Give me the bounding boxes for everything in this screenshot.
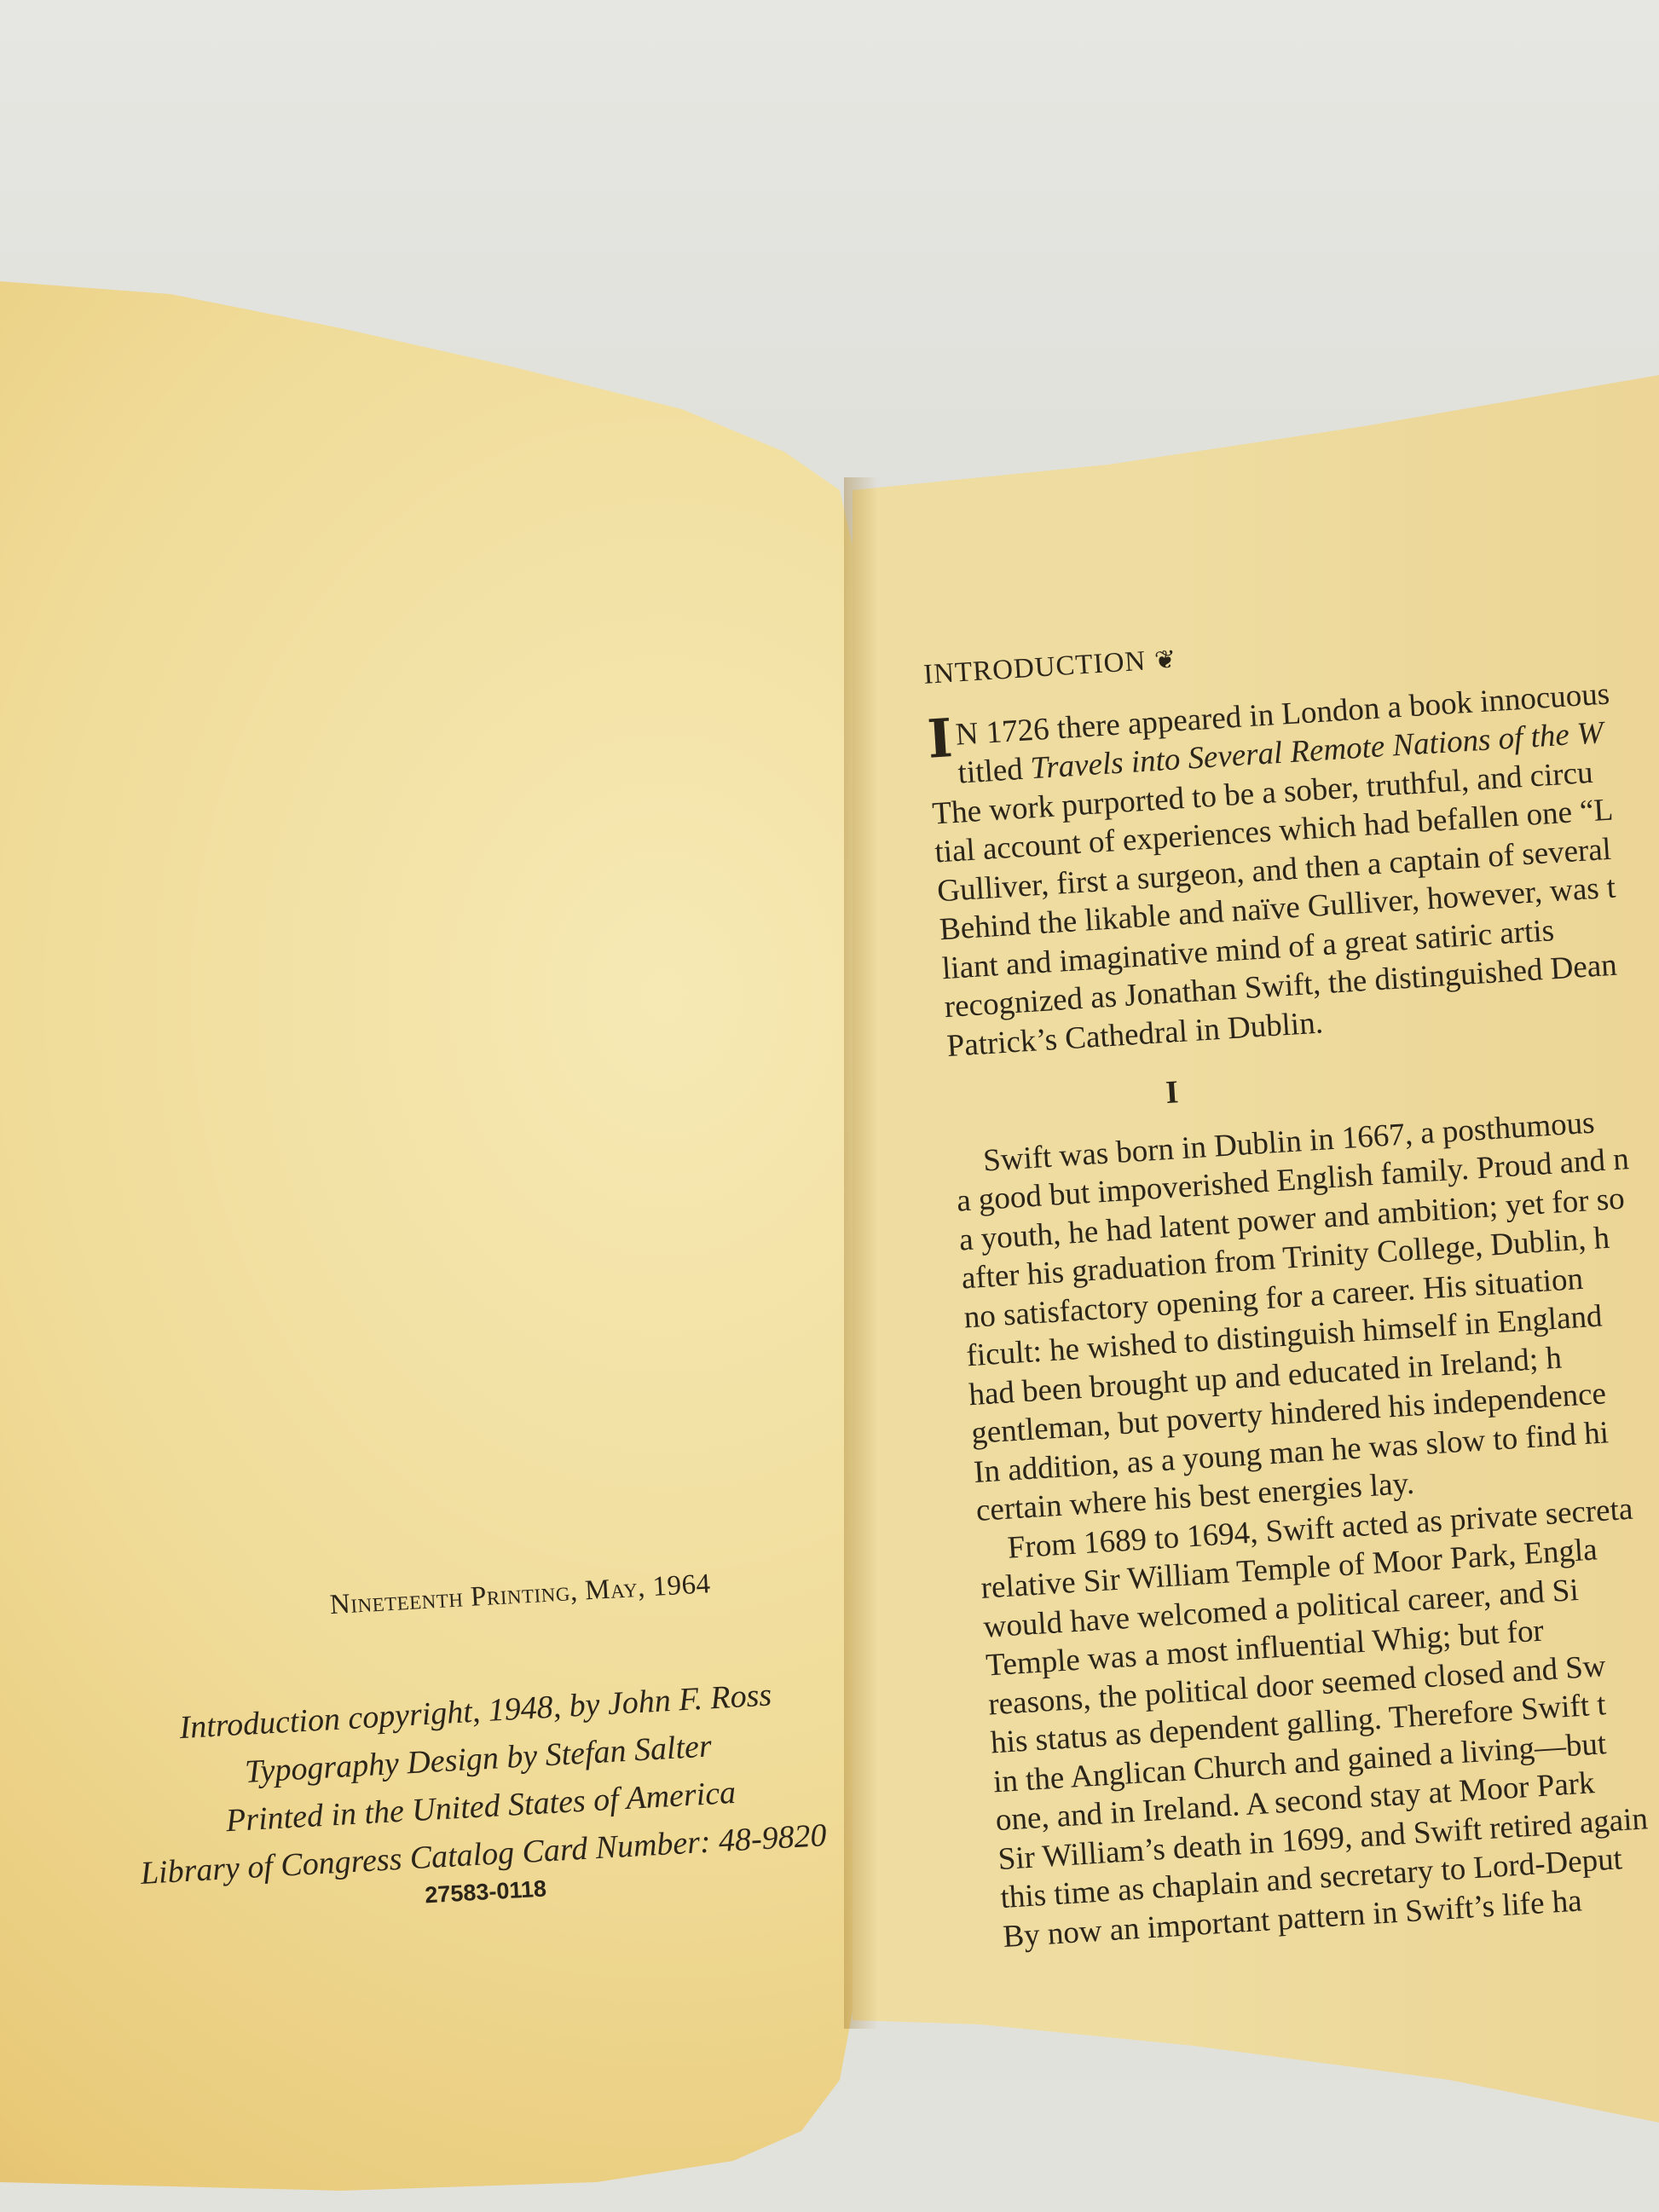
book-gutter — [844, 477, 878, 2029]
section-paragraph: Swift was born in Dublin in 1667, a post… — [953, 1090, 1659, 1956]
fleuron-ornament-icon: ❦ — [1153, 645, 1177, 675]
introduction-text: INTRODUCTION❦ I N 1726 there appeared in… — [922, 603, 1659, 1956]
intro-paragraph: I N 1726 there appeared in London a book… — [926, 664, 1659, 1066]
colophon: Nineteenth Printing, May, 1964 Introduct… — [102, 1562, 853, 1926]
section-numeral: I — [950, 1060, 1395, 1126]
drop-cap: I — [927, 721, 953, 757]
